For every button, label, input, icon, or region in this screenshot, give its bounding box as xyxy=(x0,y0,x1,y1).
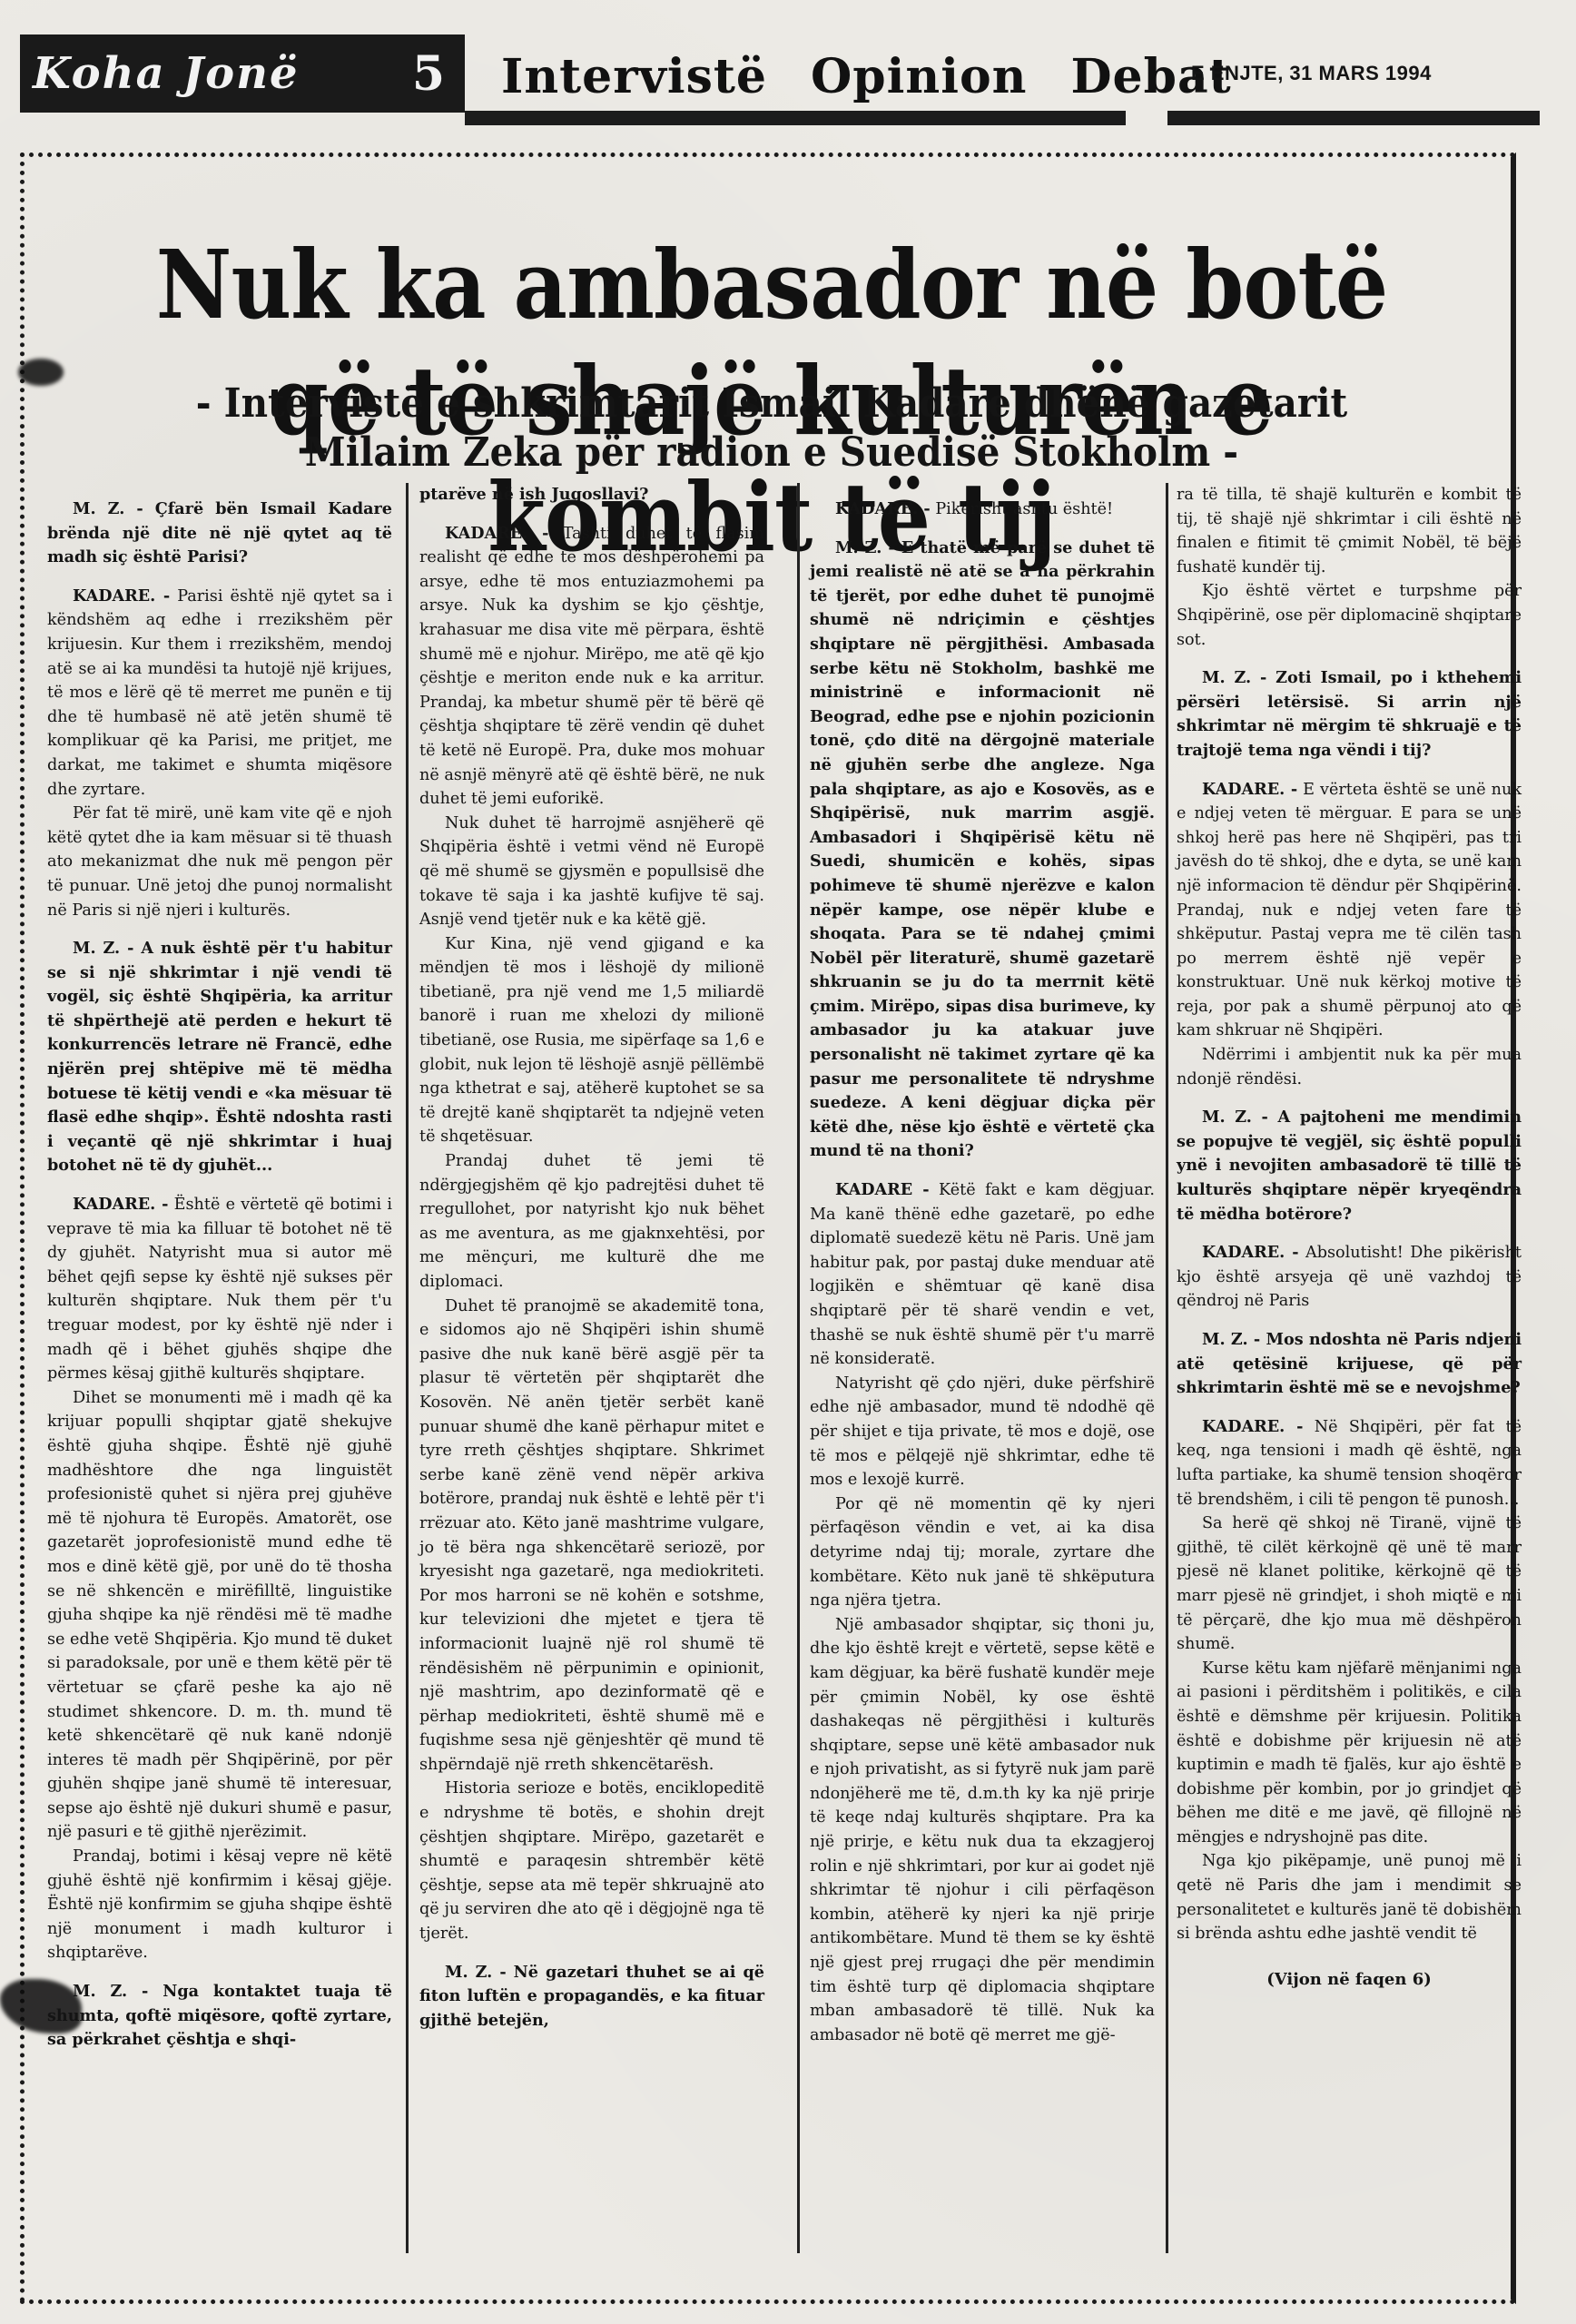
paper-name: Koha Jonë xyxy=(33,48,300,99)
paragraph: Por që në momentin që ky njeri përfaqëso… xyxy=(810,1492,1155,1613)
interview-question: M. Z. - A nuk është për t'u habitur se s… xyxy=(47,937,392,1178)
paragraph: Nuk duhet të harrojmë asnjëherë që Shqip… xyxy=(419,812,764,932)
speaker-label: M. Z. - xyxy=(1202,668,1266,687)
section-label-interview: Intervistë xyxy=(501,49,767,104)
paragraph-text: E thatë më parë se duhet të jemi realist… xyxy=(810,538,1155,1161)
ink-smudge xyxy=(18,359,64,386)
paragraph: Ndërrimi i ambjentit nuk ka për mua ndon… xyxy=(1177,1043,1522,1091)
issue-date: E ENJTE, 31 MARS 1994 xyxy=(1191,62,1432,85)
paragraph: Sa herë që shkoj në Tiranë, vijnë të gji… xyxy=(1177,1512,1522,1657)
paragraph-text: Ndërrimi i ambjentit nuk ka për mua ndon… xyxy=(1177,1046,1522,1088)
paragraph-text: Nga kjo pikëpamje, unë punoj më i qetë n… xyxy=(1177,1852,1522,1943)
paragraph-text: Një ambasador shqiptar, siç thoni ju, dh… xyxy=(810,1616,1155,2044)
paragraph: Prandaj, botimi i kësaj vepre në këtë gj… xyxy=(47,1845,392,1965)
paragraph: Një ambasador shqiptar, siç thoni ju, dh… xyxy=(810,1613,1155,2048)
paragraph: Kurse këtu kam njëfarë mënjanimi nga ai … xyxy=(1177,1657,1522,1850)
continued-on-page-note: (Vijon në faqen 6) xyxy=(1177,1968,1522,1993)
interview-answer: KADARE. - Tashti duhet të flasim realish… xyxy=(419,522,764,812)
paragraph-text: ptarëve në ish Jugosllavi? xyxy=(419,485,649,504)
paragraph-text: Tashti duhet të flasim realisht që edhe … xyxy=(419,525,764,809)
column-4: ra të tilla, të shajë kulturën e kombit … xyxy=(1177,483,1522,2226)
speaker-label: KADARE. - xyxy=(73,586,170,606)
article-body: M. Z. - Çfarë bën Ismail Kadare brënda n… xyxy=(40,483,1511,2226)
paragraph-text: Nuk duhet të harrojmë asnjëherë që Shqip… xyxy=(419,814,764,929)
speaker-label: KADARE. - xyxy=(1202,1417,1303,1436)
speaker-label: M. Z. - xyxy=(445,1963,507,1982)
paragraph-text: Kur Kina, një vend gjigand e ka mëndjen … xyxy=(419,935,764,1147)
subheadline: - Intervistë e shkrimtarit Ismail Kadare… xyxy=(112,379,1432,478)
column-1: M. Z. - Çfarë bën Ismail Kadare brënda n… xyxy=(47,483,392,2226)
paragraph-text: Kjo është vërtet e turpshme për Shqipëri… xyxy=(1177,582,1522,648)
interview-question: M. Z. - Mos ndoshta në Paris ndjeni atë … xyxy=(1177,1328,1522,1401)
interview-answer: KADARE. - E vërteta është se unë nuk e n… xyxy=(1177,778,1522,1044)
interview-answer: KADARE - Këtë fakt e kam dëgjuar. Ma kan… xyxy=(810,1178,1155,1372)
interview-question: M. Z. - Në gazetari thuhet se ai që fito… xyxy=(419,1961,764,2033)
paragraph: Prandaj duhet të jemi të ndërgjegjshëm q… xyxy=(419,1149,764,1295)
speaker-label: KADARE. - xyxy=(445,524,548,543)
column-2: ptarëve në ish Jugosllavi?KADARE. - Tash… xyxy=(419,483,764,2226)
interview-question: M. Z. - Nga kontaktet tuaja të shumta, q… xyxy=(47,1980,392,2053)
paragraph-text: Prandaj duhet të jemi të ndërgjegjshëm q… xyxy=(419,1152,764,1291)
paragraph-text: Duhet të pranojmë se akademitë tona, e s… xyxy=(419,1297,764,1774)
paragraph-text: Por që në momentin që ky njeri përfaqëso… xyxy=(810,1495,1155,1610)
paragraph: Kur Kina, një vend gjigand e ka mëndjen … xyxy=(419,932,764,1149)
speaker-label: KADARE. - xyxy=(835,499,931,518)
interview-question: M. Z. - Zoti Ismail, po i kthehemi përsë… xyxy=(1177,666,1522,763)
paragraph: Historia serioze e botës, enciklopeditë … xyxy=(419,1777,764,1945)
paragraph: Nga kjo pikëpamje, unë punoj më i qetë n… xyxy=(1177,1849,1522,1945)
paragraph-continued: ra të tilla, të shajë kulturën e kombit … xyxy=(1177,483,1522,579)
page-number: 5 xyxy=(412,46,445,102)
masthead-rule xyxy=(465,111,1126,125)
subheadline-line-2: Milaim Zeka për radion e Suedisë Stokhol… xyxy=(112,428,1432,478)
speaker-label: M. Z. - xyxy=(835,538,895,557)
speaker-label: M. Z. - xyxy=(73,499,143,518)
paragraph-text: Sa herë që shkoj në Tiranë, vijnë të gji… xyxy=(1177,1514,1522,1653)
interview-answer: KADARE. - Parisi është një qytet sa i kë… xyxy=(47,585,392,802)
column-3: KADARE. - Pikërisht ashtu është!M. Z. - … xyxy=(810,483,1155,2226)
interview-answer: KADARE. - Pikërisht ashtu është! xyxy=(810,497,1155,522)
column-divider xyxy=(797,483,800,2253)
paragraph-text: Parisi është një qytet sa i këndshëm aq … xyxy=(47,587,392,799)
subheadline-line-1: - Intervistë e shkrimtarit Ismail Kadare… xyxy=(112,379,1432,428)
section-label-opinion: Opinion xyxy=(811,49,1027,104)
paragraph: Për fat të mirë, unë kam vite që e njoh … xyxy=(47,802,392,922)
section-labels: Intervistë Opinion Debat xyxy=(501,49,1232,104)
speaker-label: KADARE. - xyxy=(73,1195,168,1214)
interview-answer: KADARE. - Është e vërtetë që botimi i ve… xyxy=(47,1193,392,1386)
paragraph-text: Kurse këtu kam njëfarë mënjanimi nga ai … xyxy=(1177,1659,1522,1846)
paragraph-text: Historia serioze e botës, enciklopeditë … xyxy=(419,1779,764,1943)
interview-answer: KADARE. - Absolutisht! Dhe pikërisht kjo… xyxy=(1177,1241,1522,1314)
column-divider xyxy=(1166,483,1168,2253)
paragraph-text: Pikërisht ashtu është! xyxy=(931,500,1113,518)
masthead: Koha Jonë 5 Intervistë Opinion Debat E E… xyxy=(20,34,1522,125)
paragraph-text: Për fat të mirë, unë kam vite që e njoh … xyxy=(47,804,392,919)
speaker-label: KADARE - xyxy=(835,1180,930,1199)
speaker-label: KADARE. - xyxy=(1202,780,1297,799)
paragraph-text: Prandaj, botimi i kësaj vepre në këtë gj… xyxy=(47,1847,392,1962)
speaker-label: M. Z. - xyxy=(1202,1108,1268,1127)
interview-question: M. Z. - E thatë më parë se duhet të jemi… xyxy=(810,537,1155,1164)
speaker-label: M. Z. - xyxy=(73,1982,148,2001)
paragraph-text: Është e vërtetë që botimi i veprave të m… xyxy=(47,1196,392,1383)
paragraph: Kjo është vërtet e turpshme për Shqipëri… xyxy=(1177,579,1522,652)
interview-answer: KADARE. - Në Shqipëri, për fat të keq, n… xyxy=(1177,1415,1522,1512)
interview-question: M. Z. - A pajtoheni me mendimin se popuj… xyxy=(1177,1106,1522,1226)
paragraph: Natyrisht që çdo njëri, duke përfshirë e… xyxy=(810,1372,1155,1492)
paragraph: Duhet të pranojmë se akademitë tona, e s… xyxy=(419,1295,764,1777)
paragraph-text: Këtë fakt e kam dëgjuar. Ma kanë thënë e… xyxy=(810,1181,1155,1368)
paragraph-text: Dihet se monumenti më i madh që ka kriju… xyxy=(47,1389,392,1842)
paragraph-text: ra të tilla, të shajë kulturën e kombit … xyxy=(1177,486,1522,576)
paper-badge: Koha Jonë 5 xyxy=(20,34,465,113)
paragraph: Dihet se monumenti më i madh që ka kriju… xyxy=(47,1386,392,1845)
interview-question: M. Z. - Çfarë bën Ismail Kadare brënda n… xyxy=(47,497,392,570)
speaker-label: KADARE. - xyxy=(1202,1243,1299,1262)
speaker-label: M. Z. - xyxy=(73,939,133,958)
masthead-rule xyxy=(1167,111,1540,125)
interview-question-continued: ptarëve në ish Jugosllavi? xyxy=(419,483,764,507)
column-divider xyxy=(406,483,409,2253)
speaker-label: M. Z. - xyxy=(1202,1330,1260,1349)
paragraph-text: A nuk është për t'u habitur se si një sh… xyxy=(47,939,392,1175)
paragraph-text: E vërteta është se unë nuk e ndjej veten… xyxy=(1177,781,1522,1040)
paragraph-text: Natyrisht që çdo njëri, duke përfshirë e… xyxy=(810,1374,1155,1489)
